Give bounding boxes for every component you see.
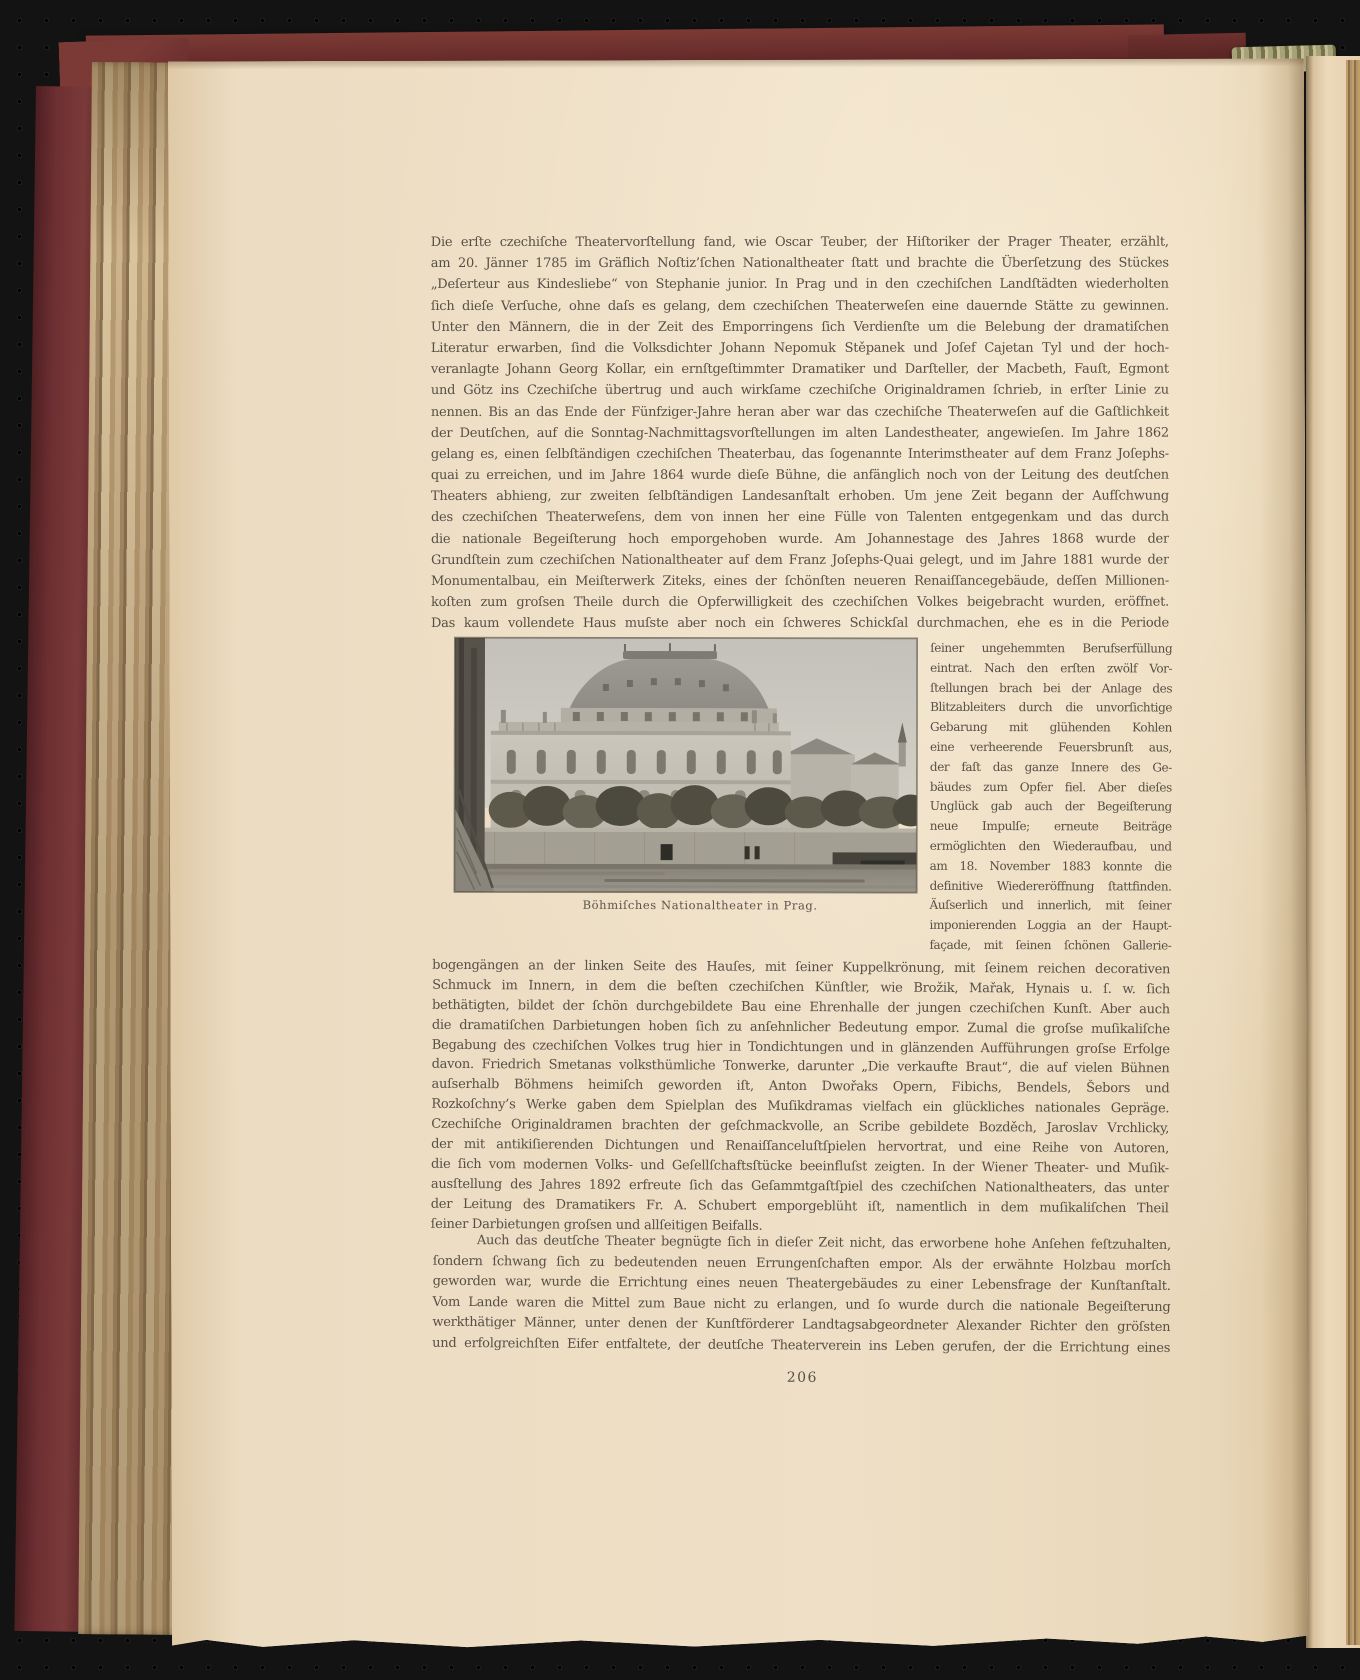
paragraph-1-wrap-column: ſeiner ungehemmten Berufserfüllungeintra… <box>929 639 1172 956</box>
text-line: eintrat. Nach den erſten zwölf Vor- <box>930 659 1172 679</box>
text-line: quai zu erreichen, und im Jahre 1864 wur… <box>431 465 1169 487</box>
paragraph-2: Auch das deutſche Theater begnügte ſich … <box>432 1231 1171 1360</box>
theater-photo-illustration <box>455 638 917 893</box>
text-line: koſten zum groſsen Theile durch die Opfe… <box>431 592 1169 614</box>
text-line: am 20. Jänner 1785 im Gräflich Noſtiz’ſc… <box>431 253 1169 275</box>
text-line: gelang es, einen ſelbſtändigen czechiſch… <box>431 444 1169 466</box>
text-line: und erfolgreichſten Eifer entfaltete, de… <box>432 1334 1170 1360</box>
text-line: und Götz ins Czechiſche übertrug und auc… <box>431 380 1169 402</box>
book-page: Die erſte czechiſche Theatervorſtellung … <box>168 59 1308 1650</box>
paragraph-1-main: Die erſte czechiſche Theatervorſtellung … <box>431 232 1169 635</box>
text-line: ermöglichten den Wiederaufbau, und <box>930 837 1172 857</box>
right-fore-edge <box>1346 60 1360 1645</box>
text-line: Grundſtein zum czechiſchen Nationaltheat… <box>431 549 1169 571</box>
text-line: neue Impulſe; erneute Beiträge <box>930 817 1172 837</box>
text-line: Äuſserlich und innerlich, mit ſeiner <box>930 896 1172 916</box>
text-line: der faſt das ganze Innere des Ge- <box>930 758 1172 778</box>
text-line: Theaters abhieng, zur zweiten ſelbſtändi… <box>431 486 1169 508</box>
text-line: der Deutſchen, auf die Sonntag-Nachmitta… <box>431 422 1169 444</box>
text-line: des czechiſchen Theaterweſens, dem von i… <box>431 507 1169 529</box>
text-line: ſich dieſe Verſuche, ohne daſs es gelang… <box>431 295 1169 317</box>
text-line: Das kaum vollendete Haus muſste aber noc… <box>431 613 1169 635</box>
text-line: Unglück gab auch der Begeiſterung <box>930 797 1172 817</box>
text-line: definitive Wiedereröffnung ſtattfinden. <box>930 876 1172 896</box>
text-line: Gebarung mit glühenden Kohlen <box>930 718 1172 738</box>
pegboard-background: Die erſte czechiſche Theatervorſtellung … <box>0 0 1360 1680</box>
text-line: ſtellungen brach bei der Anlage des <box>930 678 1172 698</box>
text-line: bäudes zum Opfer fiel. Aber dieſes <box>930 777 1172 797</box>
text-line: die nationale Begeiſterung hoch emporgeh… <box>431 528 1169 550</box>
text-line: nennen. Bis an das Ende der Fünfziger-Ja… <box>431 401 1169 423</box>
text-line: Literatur erwarben, ſind die Volksdichte… <box>431 338 1169 360</box>
page-number: 206 <box>433 1368 1171 1387</box>
text-line: „Deſerteur aus Kindesliebe“ von Stephani… <box>431 274 1169 296</box>
text-line: Blitzableiters durch die unvorſichtige <box>930 698 1172 718</box>
text-line: am 18. November 1883 konnte die <box>930 857 1172 877</box>
theater-photo <box>455 638 917 893</box>
photo-caption: Böhmiſches Nationaltheater in Prag. <box>469 898 931 913</box>
paragraph-1-continued: bogengängen an der linken Seite des Hauſ… <box>431 956 1171 1239</box>
text-line: ſeiner ungehemmten Berufserfüllung <box>930 639 1172 659</box>
text-line: veranlagte Johann Georg Kollar, ein ernſ… <box>431 359 1169 381</box>
text-line: Monumentalbau, ein Meiſterwerk Ziteks, e… <box>431 571 1169 593</box>
text-line: façade, mit ſeinen ſchönen Gallerie- <box>929 936 1171 956</box>
text-line: imponierenden Loggia an der Haupt- <box>929 916 1171 936</box>
text-line: Unter den Männern, die in der Zeit des E… <box>431 316 1169 338</box>
text-line: eine verheerende Feuersbrunſt aus, <box>930 738 1172 758</box>
text-line: Die erſte czechiſche Theatervorſtellung … <box>431 232 1169 254</box>
